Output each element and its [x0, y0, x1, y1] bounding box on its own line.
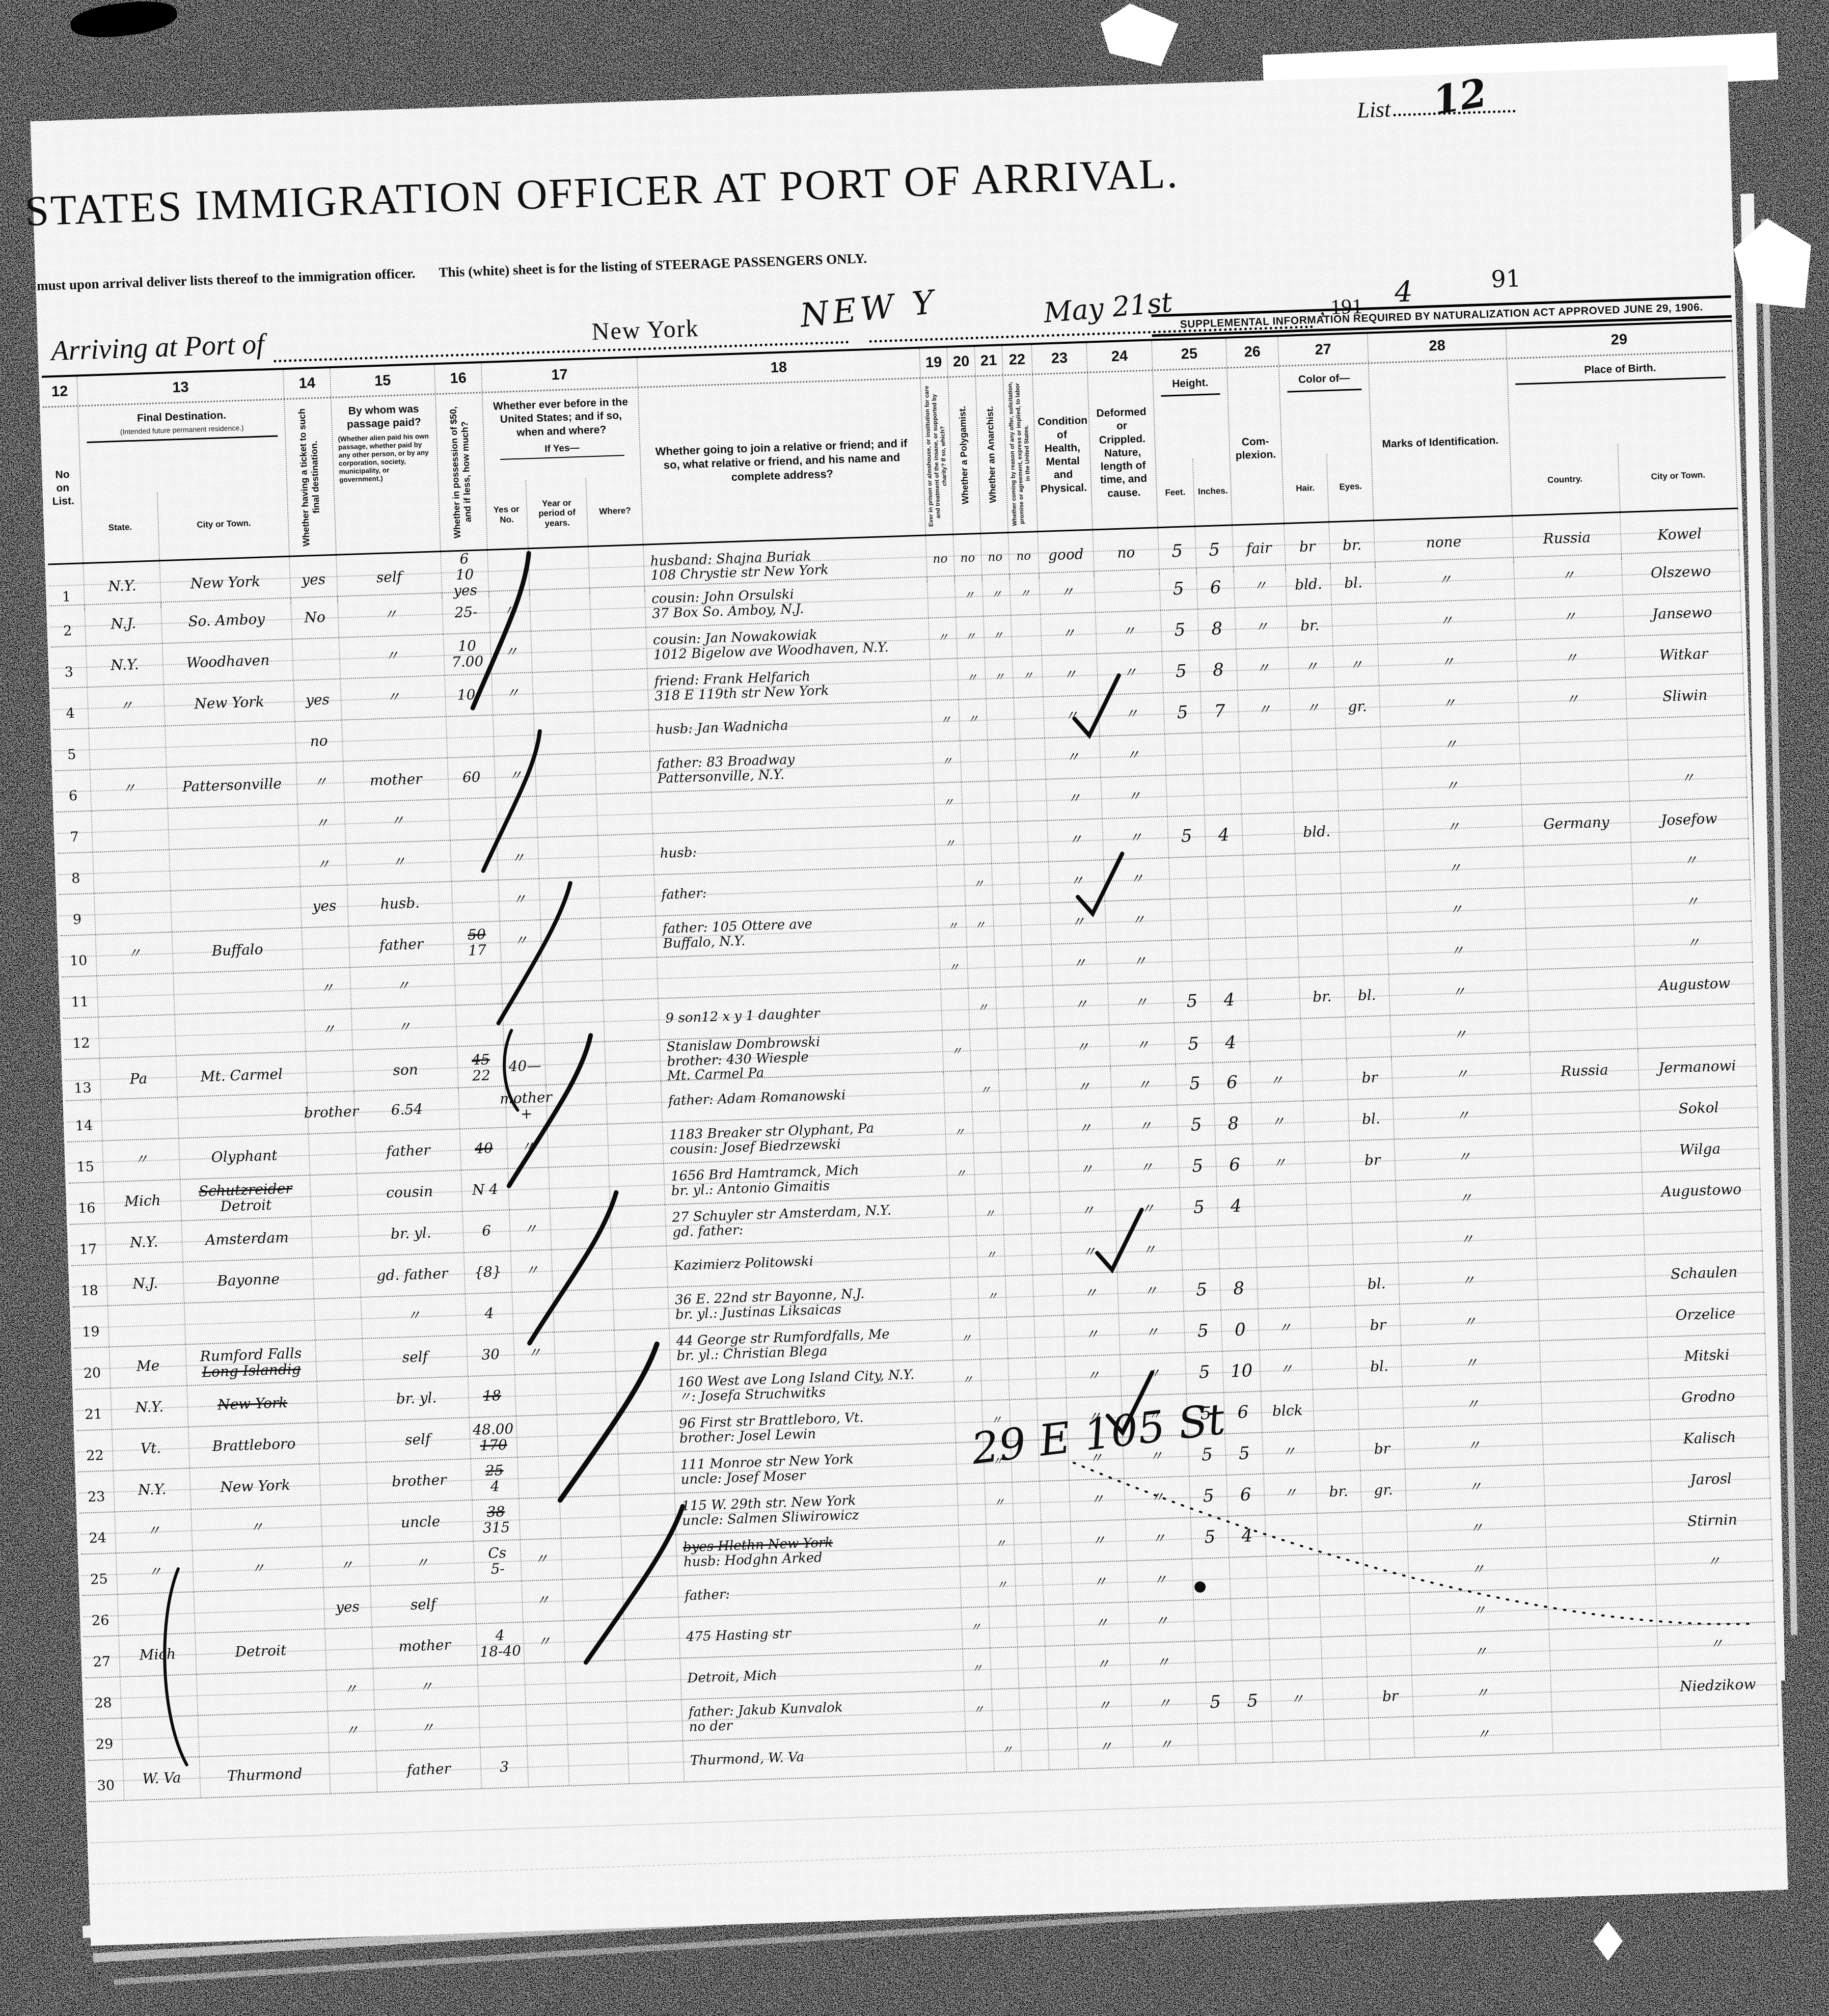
cell-c25i: 4 — [1229, 1515, 1267, 1557]
cell-c26: 〃 — [1259, 1307, 1312, 1349]
cell-c25f — [1172, 939, 1211, 980]
manifest-paper: List 12 STATES IMMIGRATION OFFICER AT PO… — [31, 65, 1788, 1946]
cell-c17b — [564, 1619, 626, 1661]
cell-c14: 〃 — [305, 1009, 353, 1051]
cell-c29t: Jermanowi — [1639, 1045, 1757, 1089]
cell-c25i — [1219, 1227, 1258, 1268]
cell-c24: 〃 — [1100, 734, 1167, 777]
cell-c21 — [988, 740, 1017, 781]
cell-c28: 〃 — [1400, 1300, 1540, 1345]
cell-c22 — [1030, 1192, 1061, 1233]
column-number-17: 17 — [482, 358, 639, 392]
cell-c23: 〃 — [1042, 654, 1099, 696]
cell-c22 — [1021, 904, 1052, 945]
cell-city: Buffalo — [172, 928, 303, 972]
cell-c27e: br — [1350, 1140, 1396, 1182]
cell-c14: 〃 — [299, 844, 348, 886]
cell-c29c — [1533, 1131, 1643, 1175]
cell-city: Bayonne — [183, 1258, 314, 1302]
cell-c17c — [603, 958, 659, 1000]
cell-c17b — [548, 1125, 609, 1167]
cell-c26 — [1254, 1184, 1308, 1225]
cell-c19: 〃 — [943, 1030, 972, 1075]
cell-c29t: Jansewo — [1623, 591, 1742, 636]
cell-c21: 〃 — [984, 616, 1013, 657]
cell-c14 — [310, 1174, 359, 1216]
cell-c16: 48.00170 — [470, 1416, 518, 1458]
cell-c24: 〃 — [1131, 1683, 1198, 1725]
column-number-21: 21 — [975, 346, 1003, 375]
cell-c15: self — [365, 1418, 471, 1462]
cell-c17b — [563, 1578, 624, 1620]
cell-c25i: 4 — [1205, 814, 1244, 856]
cell-state: Mich — [104, 1180, 182, 1223]
cell-c25i — [1235, 1722, 1274, 1763]
cell-c28: 〃 — [1411, 1630, 1550, 1675]
cell-c29t: 〃 — [1657, 1622, 1776, 1667]
cell-c23: 〃 — [1049, 860, 1106, 903]
column-number-15: 15 — [331, 365, 436, 397]
cell-c14: 〃 — [323, 1545, 371, 1587]
cell-c25f: 5 — [1190, 1476, 1229, 1517]
cell-c22 — [1048, 1728, 1079, 1769]
cell-c16: 107.00 — [444, 633, 492, 675]
cell-c25i: 7 — [1201, 691, 1240, 732]
cell-c16: Cs5- — [474, 1540, 522, 1582]
cell-c15: self — [371, 1583, 477, 1627]
cell-c17a: 〃 — [522, 1580, 564, 1622]
cell-c14 — [312, 1215, 360, 1257]
cell-no: 21 — [75, 1388, 113, 1430]
cell-c20: 〃 — [988, 1565, 1017, 1606]
cell-c25f: 5 — [1191, 1517, 1230, 1558]
cell-c22 — [1033, 1274, 1064, 1316]
cell-c17a: 〃 — [524, 1621, 566, 1663]
cell-c19 — [927, 577, 957, 618]
cell-c15: 〃 — [361, 1294, 467, 1338]
cell-state: Pa — [100, 1056, 178, 1103]
cell-c16: 6 — [463, 1210, 511, 1252]
cell-c17a: 〃 — [490, 632, 533, 673]
cell-c29c: 〃 — [1514, 554, 1624, 598]
cell-c27h — [1302, 1059, 1349, 1101]
cell-c27e: br — [1359, 1428, 1406, 1470]
cell-c26 — [1249, 1019, 1302, 1065]
cell-c29t: Augustowo — [1643, 1169, 1761, 1213]
cell-c17a: mother + — [506, 1085, 548, 1127]
cell-c14: 〃 — [328, 1710, 376, 1752]
cell-no: 16 — [69, 1183, 106, 1224]
cell-c20 — [961, 741, 990, 782]
cell-c25f: 5 — [1184, 1311, 1223, 1352]
column-number-25: 25 — [1152, 339, 1227, 370]
cell-c23: 〃 — [1059, 1149, 1115, 1191]
cell-c29t: Wilga — [1641, 1128, 1760, 1172]
cell-c27e: bl. — [1357, 1346, 1403, 1387]
cell-c14 — [316, 1339, 364, 1381]
cell-c22 — [1047, 1687, 1078, 1728]
header-color-of: Color of— Hair.Eyes. — [1279, 364, 1374, 523]
cell-c15: 〃 — [350, 965, 456, 1009]
header-height: Height. Feet.Inches. — [1153, 369, 1233, 527]
cell-c21: 〃 — [985, 657, 1014, 698]
header-health: Condition of Health, Mental and Physical… — [1033, 373, 1093, 531]
cell-c20 — [967, 946, 996, 988]
cell-c25f: 5 — [1175, 1022, 1213, 1067]
cell-c17a — [508, 1168, 551, 1210]
cell-no: 19 — [73, 1306, 110, 1347]
cell-c24: 〃 — [1099, 693, 1165, 735]
cell-c20 — [963, 823, 992, 864]
cell-c17a — [520, 1497, 562, 1539]
cell-city: Rumford FallsLong Islandig — [186, 1341, 317, 1385]
cell-c27e — [1336, 727, 1382, 769]
cell-c29t: Josefow — [1630, 798, 1749, 842]
header-prison-almshouse: Ever in prison or almshouse, or institut… — [921, 378, 953, 535]
cell-c27e: bl. — [1349, 1099, 1395, 1140]
cell-c21 — [1004, 1234, 1033, 1275]
cell-c17a: 〃 — [498, 838, 540, 880]
cell-c21 — [1014, 1523, 1043, 1564]
cell-c27h — [1293, 770, 1339, 812]
cell-c28: 〃 — [1410, 1589, 1549, 1633]
cell-c17a: 〃 — [521, 1539, 563, 1581]
cell-c14: 〃 — [304, 968, 352, 1010]
cell-c22: no — [1008, 532, 1040, 580]
cell-c21 — [1016, 1564, 1045, 1605]
cell-c24 — [1095, 569, 1161, 612]
cell-no: 6 — [55, 770, 92, 811]
cell-c17a: 〃 — [511, 1250, 554, 1292]
column-number-24: 24 — [1087, 341, 1153, 371]
cell-c22 — [1040, 1481, 1071, 1522]
cell-c22 — [1044, 1604, 1075, 1646]
cell-c21 — [1017, 1605, 1046, 1647]
cell-c19: 〃 — [935, 782, 964, 824]
cell-c22 — [1042, 1522, 1073, 1563]
cell-c29t: Orzelice — [1647, 1293, 1765, 1337]
cell-c23: 〃 — [1064, 1314, 1121, 1356]
cell-state: N.J. — [107, 1263, 185, 1305]
column-number-28: 28 — [1368, 329, 1508, 362]
cell-c16 — [447, 716, 495, 757]
cell-city: Woodhaven — [163, 640, 294, 684]
header-fifty-dollars: Whether in possession of $50, and if les… — [436, 393, 488, 551]
cell-c23: 〃 — [1044, 695, 1100, 738]
cell-c16: N 4 — [461, 1169, 510, 1211]
cell-c29t: 〃 — [1655, 1540, 1773, 1584]
cell-c25i — [1204, 773, 1242, 814]
cell-c20 — [991, 1648, 1020, 1689]
header-passage-paid: By whom was passage paid? (Whether alien… — [332, 395, 441, 554]
cell-c20: 〃 — [958, 658, 987, 699]
cell-c28: 〃 — [1378, 640, 1518, 685]
cell-c17c — [605, 1040, 662, 1085]
cell-c25i — [1203, 732, 1241, 773]
cell-c29t: 〃 — [1631, 839, 1750, 883]
cell-city: Detroit — [196, 1629, 326, 1674]
cell-c17b — [547, 1083, 608, 1126]
cell-c21 — [999, 1069, 1028, 1110]
cell-c26: 〃 — [1236, 607, 1289, 648]
cell-c17a: 40— — [504, 1044, 547, 1089]
cell-c28: 〃 — [1414, 1712, 1553, 1757]
cell-c27h — [1313, 1388, 1359, 1430]
cell-c15: mother — [372, 1624, 478, 1668]
cell-c28: 〃 — [1380, 682, 1519, 726]
year-handwritten: 4 — [1394, 275, 1413, 309]
cell-no: 5 — [53, 729, 91, 770]
cell-c23: 〃 — [1075, 1644, 1132, 1686]
cell-c27e: 〃 — [1333, 645, 1380, 687]
cell-city — [178, 1093, 309, 1137]
cell-c24: 〃 — [1127, 1559, 1194, 1601]
cell-c19: no — [926, 535, 955, 583]
cell-city: Pattersonville — [167, 764, 298, 808]
cell-c15: gd. father — [360, 1253, 466, 1297]
cell-c15: father — [376, 1748, 482, 1792]
cell-c27e — [1358, 1387, 1404, 1429]
cell-c19 — [966, 1731, 995, 1772]
cell-state: Me — [110, 1345, 187, 1387]
column-number-19: 19 — [920, 348, 948, 377]
cell-c22 — [1028, 1109, 1059, 1151]
cell-c21 — [996, 987, 1025, 1028]
cell-c14: yes — [324, 1587, 372, 1628]
cell-c21 — [1013, 1482, 1042, 1523]
cell-c29c: Russia — [1531, 1049, 1640, 1093]
cell-c17a: 〃 — [507, 1127, 550, 1168]
cell-c24: 〃 — [1118, 1270, 1185, 1313]
header-polygamist: Whether a Polygamist. — [948, 377, 981, 534]
cell-c27e — [1351, 1181, 1398, 1222]
cell-state: N.Y. — [87, 644, 165, 687]
cell-c23: 〃 — [1078, 1726, 1134, 1768]
cell-city: SchutzreiderDetroit — [181, 1176, 312, 1220]
cell-c27e: bl. — [1331, 562, 1377, 604]
cell-c29t: Sliwin — [1626, 674, 1744, 718]
cell-no: 9 — [59, 894, 96, 935]
cell-c27e — [1363, 1552, 1410, 1594]
cell-c29c — [1551, 1668, 1660, 1711]
cell-c17b — [555, 1331, 616, 1373]
list-number-handwritten: 12 — [1430, 70, 1490, 124]
cell-c15: mother — [344, 758, 450, 802]
cell-c24: 〃 — [1110, 1023, 1177, 1069]
cell-c29c: 〃 — [1515, 595, 1625, 639]
cell-c21 — [1002, 1152, 1031, 1193]
cell-c24: 〃 — [1121, 1353, 1187, 1395]
cell-no: 10 — [61, 935, 98, 976]
cell-c24: 〃 — [1114, 1147, 1181, 1189]
cell-c20 — [970, 1029, 999, 1074]
cell-c19 — [941, 989, 970, 1030]
cell-no: 23 — [78, 1471, 115, 1512]
cell-c19: 〃 — [952, 1319, 981, 1360]
list-number-line: List 12 — [1356, 88, 1576, 123]
cell-c20: 〃 — [971, 1070, 1000, 1111]
cell-c29c — [1552, 1709, 1662, 1753]
cell-city: 〃 — [193, 1547, 324, 1591]
cell-c29c — [1539, 1296, 1648, 1340]
cell-state: 〃 — [103, 1139, 181, 1182]
cell-city: New York — [164, 681, 295, 725]
cell-no: 3 — [51, 646, 88, 688]
cell-c29t: Olszewo — [1622, 550, 1740, 594]
cell-c17b — [535, 753, 597, 796]
cell-c27e — [1365, 1593, 1411, 1635]
cell-c23: 〃 — [1077, 1685, 1133, 1727]
cell-c21: no — [981, 533, 1010, 581]
cell-c16: 10- — [445, 674, 494, 716]
scanned-manifest-page: List 12 STATES IMMIGRATION OFFICER AT PO… — [0, 0, 1829, 2016]
cell-c15: 〃 — [352, 1005, 458, 1049]
cell-c27h — [1315, 1430, 1361, 1472]
cell-c14: 〃 — [297, 762, 345, 804]
cell-c16: 4522 — [457, 1045, 506, 1091]
cell-c23: 〃 — [1053, 984, 1110, 1026]
cell-c17a: 〃 — [510, 1209, 552, 1251]
cell-c17a: 〃 — [514, 1332, 556, 1374]
cell-c19 — [937, 865, 966, 906]
cell-c14: 〃 — [298, 803, 346, 845]
cell-c17b — [551, 1207, 612, 1249]
cell-state — [108, 1303, 186, 1346]
cell-c25i: 8 — [1220, 1268, 1259, 1310]
cell-c29t: Sokol — [1640, 1086, 1758, 1131]
cell-c29t — [1656, 1581, 1775, 1625]
cell-c26 — [1272, 1720, 1326, 1762]
cell-c29c — [1543, 1420, 1652, 1464]
cell-c28: 〃 — [1381, 723, 1520, 768]
cell-c28: 〃 — [1399, 1259, 1538, 1303]
cell-state — [101, 1098, 179, 1140]
cell-c26 — [1245, 895, 1298, 937]
cell-c17b — [539, 877, 601, 919]
cell-c17b — [559, 1454, 620, 1496]
cell-c28: 〃 — [1408, 1547, 1548, 1592]
cell-c21 — [994, 905, 1023, 946]
cell-c29c — [1537, 1255, 1647, 1299]
cell-c20 — [992, 1689, 1021, 1730]
cell-c22 — [1024, 986, 1055, 1027]
cell-c23: 〃 — [1045, 737, 1102, 779]
cell-c28: 〃 — [1394, 1094, 1533, 1139]
cell-c21 — [1008, 1358, 1038, 1399]
cell-c25f — [1198, 1723, 1237, 1764]
cell-c20: 〃 — [987, 1524, 1016, 1565]
cell-c17a: 〃 — [499, 879, 541, 921]
cell-c25i — [1231, 1598, 1270, 1639]
cell-c21 — [995, 946, 1024, 987]
cell-c21 — [998, 1028, 1027, 1073]
cell-state — [92, 809, 170, 852]
cell-city — [185, 1299, 316, 1344]
cell-state — [95, 891, 173, 934]
cell-c23: 〃 — [1055, 1025, 1111, 1071]
cell-c25f: 5 — [1164, 692, 1203, 733]
cell-c27h — [1311, 1306, 1357, 1348]
cell-c15: father — [356, 1129, 462, 1173]
cell-c27h — [1309, 1265, 1355, 1306]
torn-paper-bit — [1593, 1921, 1623, 1961]
cell-c15: cousin — [357, 1170, 463, 1214]
cell-c17c — [615, 1329, 671, 1371]
cell-no: 24 — [79, 1512, 117, 1554]
cell-c29t: 〃 — [1629, 756, 1748, 801]
cell-state: 〃 — [91, 768, 169, 810]
cell-c27e — [1362, 1511, 1408, 1552]
cell-c22 — [1043, 1563, 1074, 1604]
cell-c25i: 8 — [1198, 608, 1237, 649]
column-number-23: 23 — [1032, 343, 1088, 374]
cell-city: Olyphant — [179, 1134, 310, 1179]
port-typed: New York — [591, 314, 699, 346]
cell-c27h — [1323, 1677, 1369, 1719]
cell-no: 17 — [70, 1224, 107, 1265]
cell-c29c: 〃 — [1517, 637, 1626, 680]
cell-c23: 〃 — [1056, 1067, 1112, 1109]
cell-c23: 〃 — [1066, 1355, 1122, 1398]
cell-state — [121, 1675, 199, 1718]
cell-c20: 〃 — [978, 1276, 1007, 1318]
cell-c26: 〃 — [1253, 1142, 1306, 1184]
cell-c20: 〃 — [965, 864, 994, 905]
cell-c14: No — [291, 597, 340, 639]
cell-city: Mt. Carmel — [177, 1052, 308, 1100]
cell-no: 7 — [57, 811, 94, 853]
cell-c24: 〃 — [1103, 817, 1169, 859]
cell-c15: husb. — [348, 882, 454, 926]
cell-c25i: 5 — [1234, 1680, 1272, 1722]
header-deformed: Deformed or Crippled. Nature, length of … — [1088, 371, 1158, 529]
cell-c17c — [598, 834, 655, 876]
cell-c17a — [516, 1415, 559, 1457]
cell-c17c — [601, 916, 658, 959]
header-ticket: Whether having a ticket to such final de… — [285, 398, 337, 556]
cell-c15: uncle — [368, 1501, 474, 1544]
cell-c22 — [1016, 739, 1047, 780]
cell-c15: 〃 — [370, 1542, 476, 1586]
cell-c14: yes — [301, 885, 349, 927]
cell-c17b — [545, 1042, 607, 1088]
arriving-label: Arriving at Port of — [50, 328, 264, 367]
cell-no: 4 — [52, 688, 89, 729]
subtitle-line: must upon arrival deliver lists thereof … — [37, 251, 867, 294]
cell-c23: 〃 — [1041, 613, 1098, 655]
cell-state — [93, 850, 171, 893]
cell-c17b — [567, 1702, 629, 1744]
cell-c22 — [1017, 780, 1048, 821]
cell-c17b — [538, 836, 600, 878]
cell-c17c — [608, 1123, 664, 1165]
cell-c14 — [306, 1050, 354, 1096]
cell-c19 — [959, 1525, 988, 1566]
cell-c16: 4 — [466, 1293, 514, 1334]
cell-c26: 〃 — [1238, 689, 1292, 731]
cell-c17b — [561, 1537, 623, 1579]
cell-c28: 〃 — [1402, 1341, 1541, 1386]
cell-c24: 〃 — [1108, 982, 1175, 1024]
cell-c17b — [534, 712, 596, 754]
cell-c19 — [931, 659, 960, 700]
cell-c16: 18 — [469, 1375, 517, 1417]
cell-c17a — [494, 714, 536, 756]
cell-c22 — [1018, 821, 1049, 862]
cell-c28: 〃 — [1404, 1424, 1544, 1468]
cell-c23: 〃 — [1046, 778, 1103, 820]
cell-c29t: 〃 — [1633, 880, 1752, 924]
